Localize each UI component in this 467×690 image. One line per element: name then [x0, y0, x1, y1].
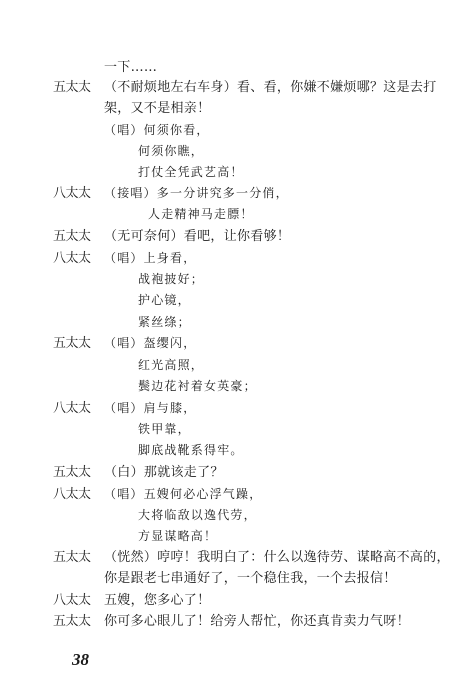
sung-text: 打仗全凭武艺高！ [138, 162, 244, 183]
sung-text: （唱）盔缨闪， [104, 333, 196, 354]
speaker-name: 八太太 [53, 484, 97, 505]
dialogue-text: （白）那就该走了？ [104, 462, 224, 483]
speaker-name: 五太太 [53, 333, 97, 354]
dialogue-text: 你可多心眼儿了！给旁人帮忙，你还真肯卖力气呀！ [104, 611, 410, 632]
dialogue-text: 你是跟老七串通好了，一个稳住我，一个去报信！ [104, 568, 397, 589]
sung-text: （唱）肩与膝， [104, 398, 196, 419]
sung-text: 紧丝绦； [138, 312, 191, 333]
dialogue-text: （无可奈何）看吧，让你看够！ [104, 226, 290, 247]
sung-text: 红光高照， [138, 355, 204, 376]
dialogue-text: 架，又不是相亲！ [104, 98, 210, 119]
sung-text: 护心镜， [138, 290, 191, 311]
dialogue-text: 一下…… [104, 57, 157, 78]
speaker-name: 八太太 [53, 590, 97, 611]
sung-text: 大将临敌以逸代劳， [138, 505, 257, 526]
speaker-name: 五太太 [53, 547, 97, 568]
speaker-name: 八太太 [53, 183, 97, 204]
sung-text: 战袍披好； [138, 269, 204, 290]
speaker-name: 五太太 [53, 226, 97, 247]
sung-text: （唱）上身看， [104, 248, 196, 269]
dialogue-text: （不耐烦地左右车身）看、看，你嫌不嫌烦哪？这是去打 [104, 77, 437, 98]
sung-text: （接唱）多一分讲究多一分俏， [104, 183, 289, 204]
sung-text: 人走精神马走膘！ [148, 204, 254, 225]
speaker-name: 八太太 [53, 248, 97, 269]
sung-text: （唱）五嫂何必心浮气躁， [104, 484, 262, 505]
sung-text: 脚底战靴系得牢。 [138, 440, 244, 461]
sung-text: 鬓边花衬着女英豪； [138, 376, 257, 397]
sung-text: 方显谋略高！ [138, 526, 217, 547]
sung-text: （唱）何须你看， [104, 120, 210, 141]
dialogue-text: （恍然）哼哼！我明白了：什么以逸待劳、谋略高不高的， [104, 547, 450, 568]
book-page: 一下…… 五太太 （不耐烦地左右车身）看、看，你嫌不嫌烦哪？这是去打 架，又不是… [0, 0, 467, 690]
speaker-name: 八太太 [53, 398, 97, 419]
sung-text: 铁甲靠， [138, 419, 191, 440]
speaker-name: 五太太 [53, 462, 97, 483]
sung-text: 何须你瞧， [138, 141, 204, 162]
speaker-name: 五太太 [53, 611, 97, 632]
speaker-name: 五太太 [53, 77, 97, 98]
page-number: 38 [72, 650, 89, 670]
dialogue-text: 五嫂，您多心了！ [104, 590, 210, 611]
